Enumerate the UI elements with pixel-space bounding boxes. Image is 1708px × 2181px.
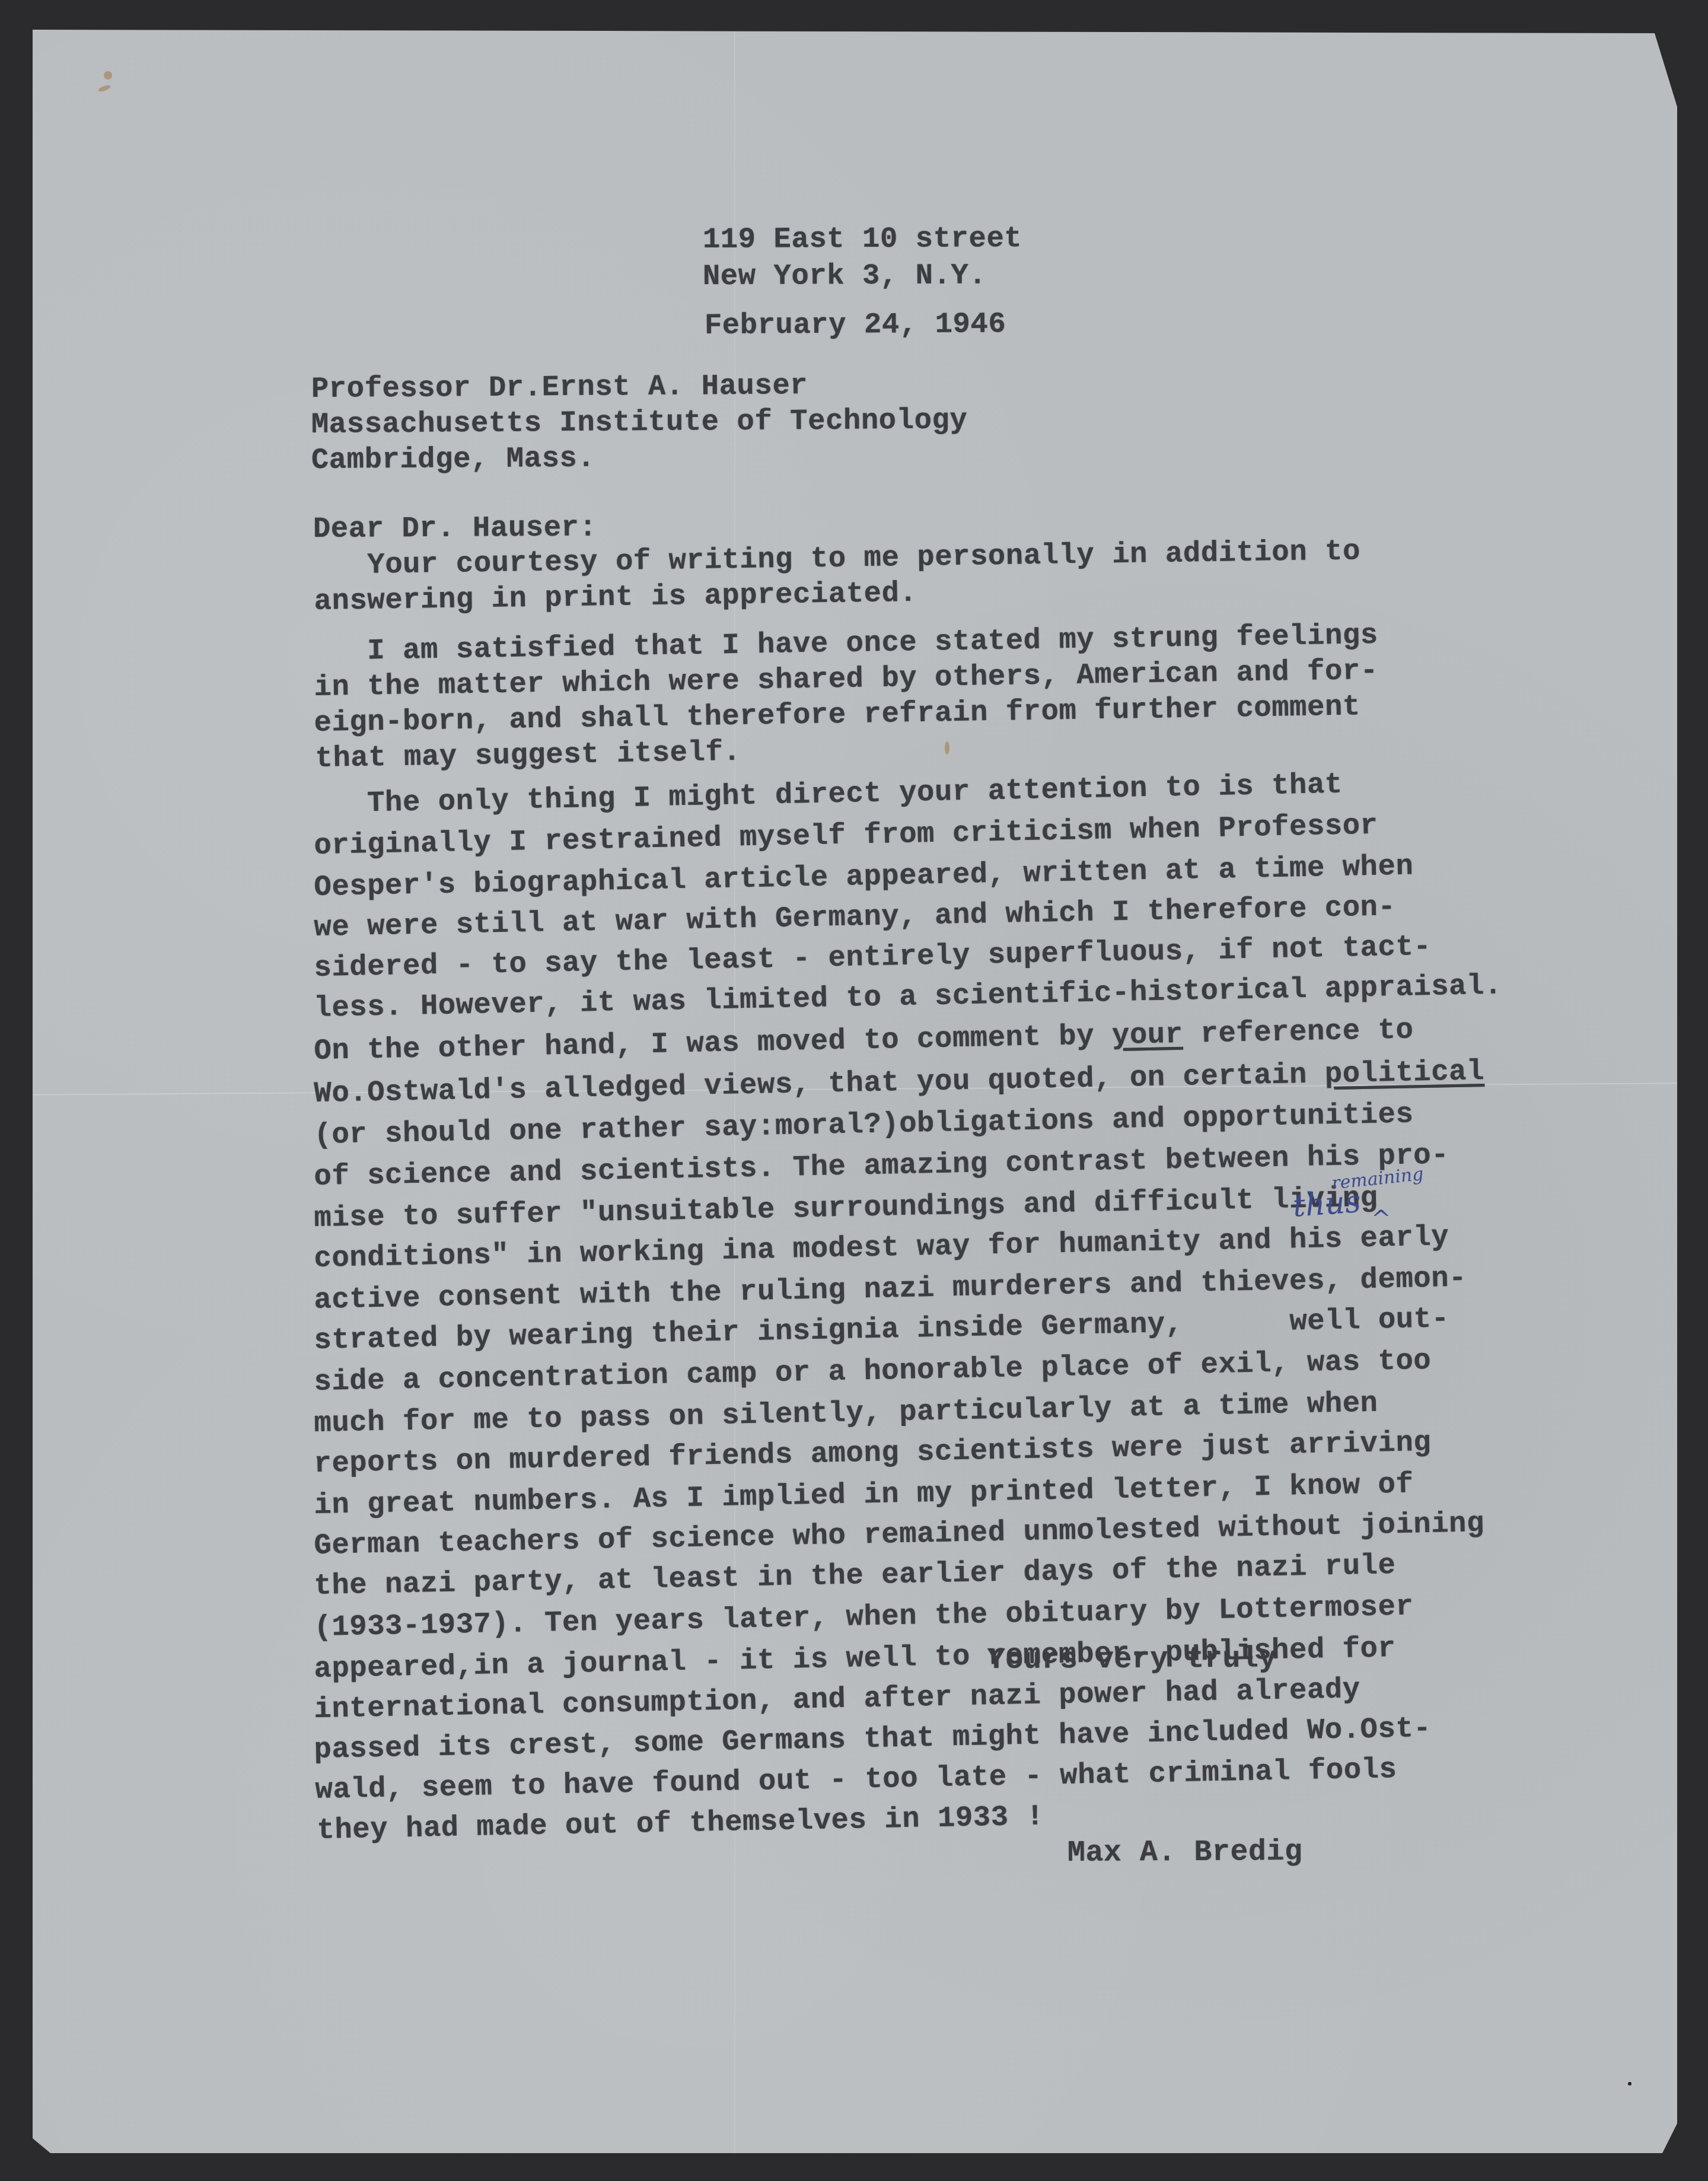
rust-spot xyxy=(104,71,112,79)
insertion-caret-icon: ^ xyxy=(1371,1205,1391,1233)
letter-date: February 24, 1946 xyxy=(705,310,1006,340)
paragraph-line: answering in print is appreciated. xyxy=(314,579,917,616)
sender-city: New York 3, N.Y. xyxy=(703,261,987,291)
underlined-political: political xyxy=(1324,1055,1484,1091)
rust-spot xyxy=(945,741,949,754)
paragraph-line-text: reference to xyxy=(1183,1013,1414,1050)
paragraph-line-text: well out- xyxy=(1289,1302,1449,1338)
ink-dot xyxy=(1628,2082,1631,2086)
salutation: Dear Dr. Hauser: xyxy=(313,513,597,544)
recipient-city: Cambridge, Mass. xyxy=(311,444,595,475)
closing: Yours very truly xyxy=(987,1644,1277,1676)
signature-name: Max A. Bredig xyxy=(1067,1838,1303,1868)
recipient-name: Professor Dr.Ernst A. Hauser xyxy=(311,371,808,404)
recipient-institution: Massachusetts Institute of Technology xyxy=(311,406,968,440)
sender-street: 119 East 10 street xyxy=(703,224,1022,254)
paragraph-line: that may suggest itself. xyxy=(315,738,741,773)
underlined-your: your xyxy=(1111,1018,1183,1052)
handwriting-gap xyxy=(1201,1329,1290,1331)
rust-spot xyxy=(97,84,111,93)
